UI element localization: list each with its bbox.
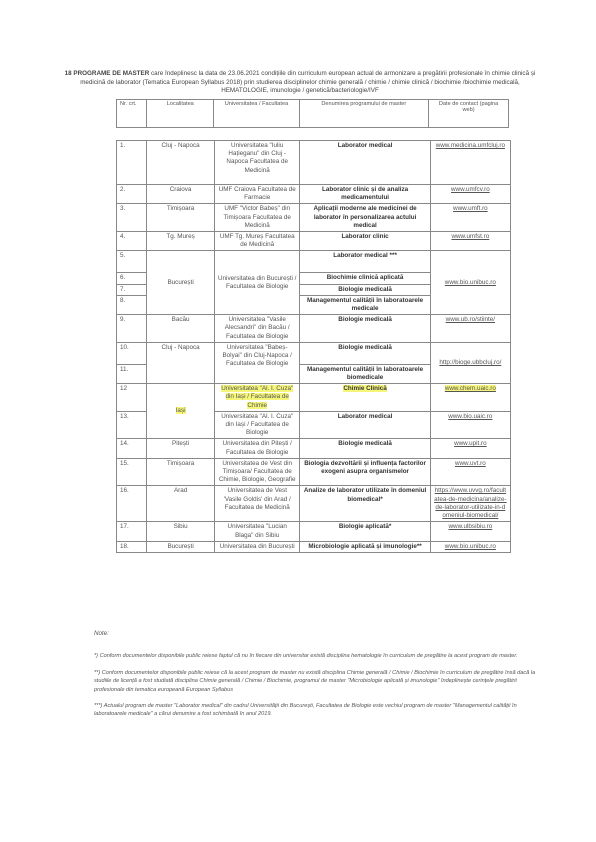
cell-web: www.medicina.umfcluj.ro (430, 141, 510, 185)
web-link[interactable]: www.bio.unibuc.ro (445, 543, 496, 550)
cell-location: Tg. Mureș (147, 232, 215, 251)
cell-university: Universitatea "Vasile Alecsandri" din Ba… (214, 315, 299, 343)
cell-web: www.chem.uaic.ro (430, 384, 510, 412)
cell-nr: 18. (117, 541, 147, 552)
cell-location: Arad (147, 486, 215, 522)
web-link[interactable]: www.umfst.ro (451, 233, 489, 240)
cell-nr: 10. (117, 342, 147, 364)
cell-program: Laborator medical (300, 411, 430, 439)
title-bold: 18 PROGRAME DE MASTER (65, 70, 150, 77)
cell-university: Universitatea "Al. I. Cuza" din Iași / F… (214, 411, 299, 439)
header-localitate: Localitatea (147, 100, 214, 128)
cell-program: Managementul calității în laboratoarele … (300, 295, 430, 314)
cell-location: Timișoara (147, 458, 215, 486)
table-row: 14. Pitești Universitatea din Pitești / … (117, 439, 511, 458)
table-row: 16. Arad Universitatea de Vest 'Vasile G… (117, 486, 511, 522)
document-title: 18 PROGRAME DE MASTER care îndeplinesc l… (60, 70, 540, 96)
cell-nr: 1. (117, 141, 147, 185)
cell-nr: 7. (117, 284, 147, 295)
cell-program: Laborator medical (300, 141, 430, 185)
cell-program: Laborator clinic (300, 232, 430, 251)
cell-web: www.uvt.ro (430, 458, 510, 486)
cell-nr: 3. (117, 204, 147, 232)
notes-label: Note: (94, 630, 544, 638)
cell-nr: 9. (117, 315, 147, 343)
cell-location: Bacău (147, 315, 215, 343)
header-contact: Date de contact (pagina web) (429, 100, 509, 128)
cell-university: Universitatea "Al. I. Cuza" din Iași / F… (214, 384, 299, 412)
cell-location: Pitești (147, 439, 215, 458)
table-row: 10. Cluj - Napoca Universitatea "Babeș-B… (117, 342, 511, 364)
cell-nr: 2. (117, 185, 147, 204)
web-link[interactable]: www.bio.unibuc.ro (445, 279, 496, 286)
table-row: 3. Timișoara UMF "Victor Babeș" din Timi… (117, 204, 511, 232)
table-row: 2. Craiova UMF Craiova Facultatea de Far… (117, 185, 511, 204)
cell-web: www.ub.ro/stiinte/ (430, 315, 510, 343)
header-table: Nr. crt. Localitatea Universitatea / Fac… (116, 99, 509, 128)
highlighted-location: Iași (176, 407, 186, 414)
header-universitate: Universitatea / Facultatea (214, 100, 299, 128)
cell-program: Managementul calității în laboratoarele … (300, 364, 430, 383)
programs-table: 1. Cluj - Napoca Universitatea "Iuliu Ha… (116, 140, 511, 553)
web-link[interactable]: www.uvt.ro (455, 460, 486, 467)
cell-university: Universitatea din Pitești / Facultatea d… (214, 439, 299, 458)
web-link[interactable]: www.chem.uaic.ro (445, 385, 496, 392)
highlighted-university: Universitatea "Al. I. Cuza" din Iași / F… (221, 385, 293, 408)
web-link[interactable]: http://bioge.ubbcluj.ro/ (439, 359, 501, 366)
cell-program: Biologie aplicată* (300, 522, 430, 541)
cell-university: UMF Tg. Mureș Facultatea de Medicină (214, 232, 299, 251)
cell-program: Biologie medicală (300, 342, 430, 364)
cell-program: Biologia dezvoltării și influența factor… (300, 458, 430, 486)
cell-program: Laborator medical *** (300, 251, 430, 273)
table-row: 12 Iași Universitatea "Al. I. Cuza" din … (117, 384, 511, 412)
cell-nr: 17. (117, 522, 147, 541)
cell-web: http://bioge.ubbcluj.ro/ (430, 342, 510, 383)
cell-location: Cluj - Napoca (147, 141, 215, 185)
cell-web: www.bio.unibuc.ro (430, 541, 510, 552)
cell-university: Universitatea "Babeș-Bolyai" din Cluj-Na… (214, 342, 299, 383)
cell-university: Universitatea "Lucian Blaga" din Sibiu (214, 522, 299, 541)
cell-nr: 11. (117, 364, 147, 383)
cell-nr: 6. (117, 273, 147, 284)
cell-nr: 15. (117, 458, 147, 486)
cell-location: Craiova (147, 185, 215, 204)
cell-nr: 5. (117, 251, 147, 273)
table-row: 1. Cluj - Napoca Universitatea "Iuliu Ha… (117, 141, 511, 185)
cell-program: Aplicații moderne ale medicinei de labor… (300, 204, 430, 232)
cell-university: Universitatea din București (214, 541, 299, 552)
cell-web: www.umfcv.ro (430, 185, 510, 204)
cell-program: Microbiologie aplicată și imunologie** (300, 541, 430, 552)
cell-nr: 8. (117, 295, 147, 314)
cell-web: https://www.uvvg.ro/facultatea-de-medici… (430, 486, 510, 522)
cell-university: UMF "Victor Babeș" din Timișoara Faculta… (214, 204, 299, 232)
web-link[interactable]: https://www.uvvg.ro/facultatea-de-medici… (434, 487, 506, 519)
cell-web: www.bio.uaic.ro (430, 411, 510, 439)
cell-location: Sibiu (147, 522, 215, 541)
cell-program: Laborator clinic și de analiza medicamen… (300, 185, 430, 204)
header-nr: Nr. crt. (117, 100, 147, 128)
cell-program: Biologie medicală (300, 284, 430, 295)
cell-web: www.umfst.ro (430, 232, 510, 251)
cell-nr: 16. (117, 486, 147, 522)
header-program: Denumirea programului de master (299, 100, 429, 128)
table-row: 15. Timișoara Universitatea de Vest din … (117, 458, 511, 486)
cell-location: București (147, 541, 215, 552)
cell-location: Iași (147, 384, 215, 439)
cell-university: Universitatea "Iuliu Hațieganu" din Cluj… (214, 141, 299, 185)
cell-location: Timișoara (147, 204, 215, 232)
cell-program: Biologie medicală (300, 439, 430, 458)
note-1: *) Conform documentelor disponibile publ… (94, 652, 544, 660)
table-row: 9. Bacău Universitatea "Vasile Alecsandr… (117, 315, 511, 343)
notes-section: Note: *) Conform documentelor disponibil… (94, 630, 544, 727)
cell-web: www.umft.ro (430, 204, 510, 232)
cell-web: www.upit.ro (430, 439, 510, 458)
cell-web: www.ulbsibiu.ro (430, 522, 510, 541)
cell-program: Biochimie clinică aplicată (300, 273, 430, 284)
cell-location: Cluj - Napoca (147, 342, 215, 383)
note-3: ***) Actualul program de master "Laborat… (94, 702, 544, 719)
cell-university: Universitatea de Vest din Timișoara/ Fac… (214, 458, 299, 486)
cell-nr: 14. (117, 439, 147, 458)
web-link[interactable]: www.ub.ro/stiinte/ (446, 316, 495, 323)
web-link[interactable]: www.bio.uaic.ro (448, 413, 492, 420)
cell-nr: 4. (117, 232, 147, 251)
cell-program: Analize de laborator utilizate în domeni… (300, 486, 430, 522)
cell-location: București (147, 251, 215, 315)
cell-university: Universitatea de Vest 'Vasile Goldis' di… (214, 486, 299, 522)
table-row: 5. București Universitatea din București… (117, 251, 511, 273)
web-link[interactable]: www.medicina.umfcluj.ro (436, 142, 505, 149)
cell-university: Universitatea din București / Facultatea… (214, 251, 299, 315)
note-2: **) Conform documentelor disponibile pub… (94, 669, 544, 694)
cell-university: UMF Craiova Facultatea de Farmacie (214, 185, 299, 204)
cell-nr: 12 (117, 384, 147, 412)
cell-program: Biologie medicală (300, 315, 430, 343)
cell-web: www.bio.unibuc.ro (430, 251, 510, 315)
title-rest: care îndeplinesc la data de 23.06.2021 c… (80, 70, 535, 94)
web-link[interactable]: www.umft.ro (453, 205, 488, 212)
cell-program: Chimie Clinică (300, 384, 430, 412)
highlighted-program: Chimie Clinică (343, 385, 386, 392)
table-row: 4. Tg. Mureș UMF Tg. Mureș Facultatea de… (117, 232, 511, 251)
web-link[interactable]: www.umfcv.ro (451, 186, 490, 193)
table-row: 18. București Universitatea din Bucureșt… (117, 541, 511, 552)
web-link[interactable]: www.ulbsibiu.ro (448, 523, 492, 530)
table-row: 17. Sibiu Universitatea "Lucian Blaga" d… (117, 522, 511, 541)
cell-nr: 13. (117, 411, 147, 439)
web-link[interactable]: www.upit.ro (454, 440, 487, 447)
